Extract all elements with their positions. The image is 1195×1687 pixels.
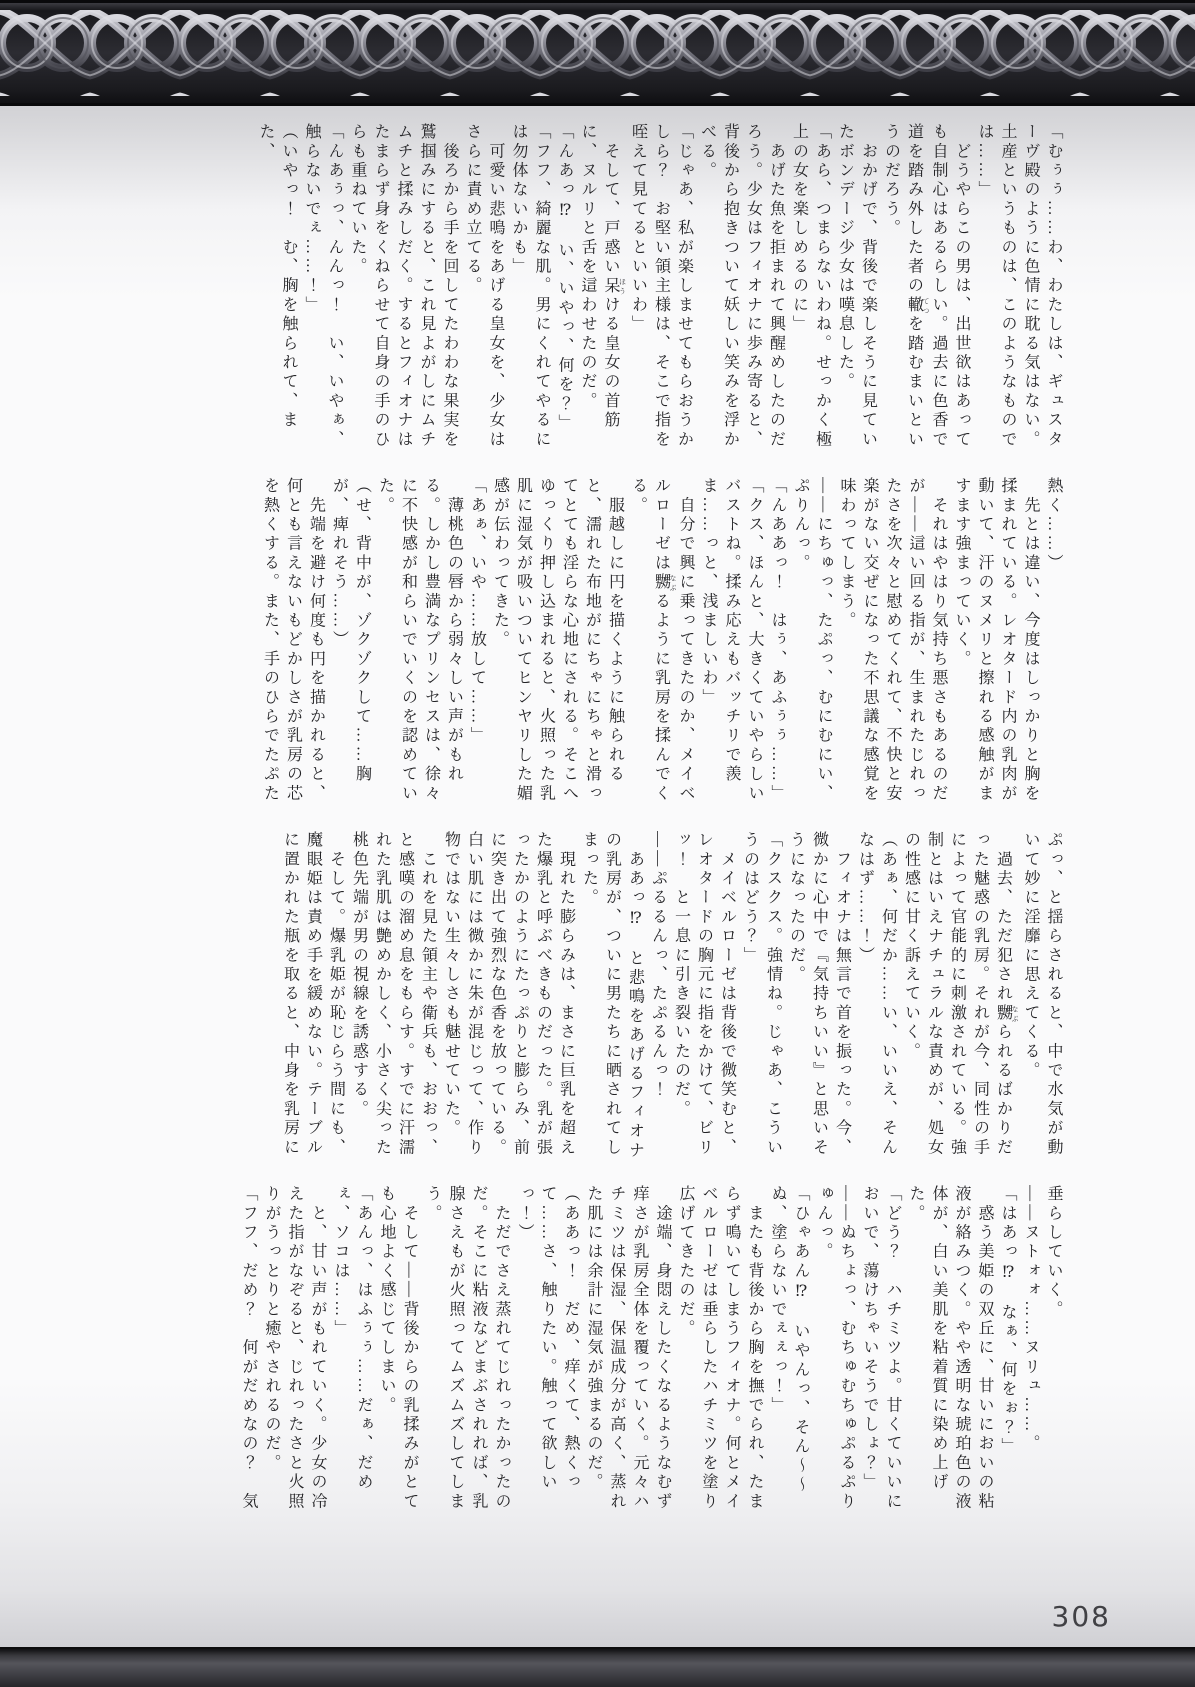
paragraph: 自分で興に乗ってきたのか、メイベルローゼは嬲なぶるように乳房を揉んでくる。 <box>627 477 698 817</box>
paragraph: 「クスクス。強情ね。じゃあ、こういうのはどう？」 <box>739 831 785 1171</box>
paragraph: どうやらこの男は、出世欲はあっても自制心はあるらしい。過去に色香で道を踏み外した… <box>880 123 974 463</box>
paragraph: 先とは違い、今度はしっかりと胸を揉まれている。レオタード内の乳肉が動いて、汗のヌ… <box>950 477 1042 817</box>
paragraph: 惑う美姫の双丘に、甘いにおいの粘液が絡みつく。やや透明な琥珀色の液体が、白い美肌… <box>904 1185 996 1525</box>
paragraph: おかげで、背後で楽しそうに見ていたボンデージ少女は嘆息した。 <box>834 123 880 463</box>
text-block-1: 「むぅぅ……わ、わたしは、ギュスターヴ殿のように色情に耽る気はない。土産というも… <box>138 123 1065 463</box>
paragraph: 「んああっ！ はぅ、あふぅぅ……」 <box>766 477 789 817</box>
paragraph: 「あんっ、はふぅぅ……だぁ、だめぇ、ソコは……」 <box>329 1185 375 1525</box>
page-body: 「むぅぅ……わ、わたしは、ギュスターヴ殿のように色情に耽る気はない。土産というも… <box>0 106 1195 1539</box>
paragraph: と、甘い声がもれていく。少女の冷えた指がなぞると、じれったさと火照りがうっとりと… <box>260 1185 329 1525</box>
book-page: 「むぅぅ……わ、わたしは、ギュスターヴ殿のように色情に耽る気はない。土産というも… <box>0 0 1195 1687</box>
paragraph: 「んあっ⁉ い、いやっ、何を？」 <box>553 123 576 463</box>
paragraph: 途端、身悶えしたくなるようなむず痒さが乳房全体を覆っていく。元々ハチミツは保湿、… <box>582 1185 674 1525</box>
paragraph: そして——背後からの乳揉みがとても心地よく感じてしまい。 <box>375 1185 421 1525</box>
paragraph: フィオナは無言で首を振った。今、微かに心中で『気持ちいい』と思いそうになったのだ… <box>785 831 854 1171</box>
paragraph: 「フフ、だめ？ 何がだめなの？ 気 <box>237 1185 260 1525</box>
paragraph: そして。爆乳姫が恥じらう間にも、魔眼姫は責め手を緩めない。テーブルに置かれた瓶を… <box>279 831 348 1171</box>
paragraph: ——にちゅっ、たぷっ、むにむにい、ぷりんっ。 <box>789 477 835 817</box>
paragraph: そして、戸惑い呆ほうける皇女の首筋に、ヌルリと舌を這わせたのだ。 <box>576 123 627 463</box>
paragraph: 「どう？ ハチミツよ。甘くていいにおいで、蕩けちゃいそうでしょ？」 <box>858 1185 904 1525</box>
paragraph: 現れた膨らみは、まさに巨乳を超えた爆乳と呼ぶべきものだった。乳が張ったかのように… <box>440 831 578 1171</box>
paragraph: 可愛い悲鳴をあげる皇女を、少女はさらに責め立てる。 <box>461 123 507 463</box>
footer-band <box>0 1647 1195 1687</box>
paragraph: 「フフ、綺麗な肌。男にくれてやるには勿体ないかも」 <box>507 123 553 463</box>
paragraph: 「クス、ほんと、大きくていやらしいバストね。揉み応えもバッチリで羨ま……っと、浅… <box>697 477 766 817</box>
paragraph: 熱く……） <box>1042 477 1065 817</box>
paragraph: （ああっ！ だめ、痒くて、熱くって……さ、触りたい。触って欲しいっ！） <box>513 1185 582 1525</box>
paragraph: またも背後から胸を撫でられ、たまらず鳴いてしまうフィオナ。何とメイベルローゼは垂… <box>674 1185 766 1525</box>
paragraph: 「ひゃあん⁉ いやんっ、そん～～ぬ、塗らないでぇぇっ！」 <box>766 1185 812 1525</box>
paragraph: ——ぷるるんっ、たぷるんっ！ <box>647 831 670 1171</box>
paragraph: （いやっ！ む、胸を触られて、また、 <box>254 123 300 463</box>
paragraph: メイベルローゼは背後で微笑むと、レオタードの胸元に指をかけて、ビリッ！ と一息に… <box>670 831 739 1171</box>
paragraph: それはやはり気持ち悪さもあるのだが——這い回る指が、生まれたじれったさを次々と慰… <box>835 477 950 817</box>
paragraph: ただでさえ蒸れてじれったかったのだ。そこに粘液などまぶされれば、乳腺さえもが火照… <box>421 1185 513 1525</box>
paragraph: 後ろから手を回してたわわな果実を鷲掴みにすると、これ見よがしにムチムチと揉みしだ… <box>346 123 461 463</box>
text-block-2: 熱く……） 先とは違い、今度はしっかりと胸を揉まれている。レオタード内の乳肉が動… <box>138 477 1065 817</box>
ornament-header <box>0 0 1195 106</box>
paragraph: （あぁ、何だか……い、いいえ、そんなはず……！） <box>854 831 900 1171</box>
paragraph: 「あら、つまらないわね。せっかく極上の女を楽しめるのに」 <box>788 123 834 463</box>
paragraph: 「んあぅっ、んんっ！ い、いやぁ、触らないでぇ……！」 <box>300 123 346 463</box>
paragraph: ああっ⁉ と悲鳴をあげるフィオナの乳房が、ついに男たちに晒されてしまった。 <box>578 831 647 1171</box>
paragraph: 垂らしていく。 <box>1042 1185 1065 1525</box>
paragraph: あげた魚を拒まれて興醒めしたのだろう。少女はフィオナに歩み寄ると、背後から抱きつ… <box>696 123 788 463</box>
celtic-knot-band-icon <box>0 0 1195 106</box>
paragraph: 薄桃色の唇から弱々しい声がもれる。しかし豊満なプリンセスは、徐々に不快感が和らい… <box>374 477 466 817</box>
paragraph: 「あぁ、いや……放して……」 <box>466 477 489 817</box>
paragraph: 過去、ただ犯され嬲なぶられるばかりだった魅惑の乳房。それが今、同性の手によって官… <box>900 831 1020 1171</box>
paragraph: 「はあっ⁉ なぁ、何をぉ？」 <box>996 1185 1019 1525</box>
paragraph: これを見た領主や衛兵も、おおっ、と感嘆の溜め息をもらす。すでに汗濡れた乳肌は艶め… <box>348 831 440 1171</box>
paragraph: ぷっ、と揺らされると、中で水気が動いて妙に淫靡に思えてくる。 <box>1019 831 1065 1171</box>
paragraph: （せ、背中が、ゾクゾクして……胸が、痺れそう……） <box>328 477 374 817</box>
page-number: 308 <box>1052 1600 1111 1633</box>
paragraph: ——ヌトォォ……ヌリュ……。 <box>1019 1185 1042 1525</box>
paragraph: 服越しに円を描くように触られると、濡れた布地がにちゃにちゃと滑ってとても淫らな心… <box>489 477 627 817</box>
paragraph: 先端を避け何度も円を描かれると、何とも言えないもどかしさが乳房の芯を熱くする。ま… <box>259 477 328 817</box>
text-block-4: 垂らしていく。 ——ヌトォォ……ヌリュ……。 「はあっ⁉ なぁ、何をぉ？」 惑う… <box>138 1185 1065 1525</box>
text-block-3: ぷっ、と揺らされると、中で水気が動いて妙に淫靡に思えてくる。 過去、ただ犯され嬲… <box>138 831 1065 1171</box>
paragraph: 「むぅぅ……わ、わたしは、ギュスターヴ殿のように色情に耽る気はない。土産というも… <box>973 123 1065 463</box>
paragraph: 「じゃあ、私が楽しませてもらおうかしら？ お堅い領主様は、そこで指を咥えて見てる… <box>627 123 696 463</box>
paragraph: ——ぬちょっ、むちゅむちゅぷるぷりゅんっ。 <box>812 1185 858 1525</box>
